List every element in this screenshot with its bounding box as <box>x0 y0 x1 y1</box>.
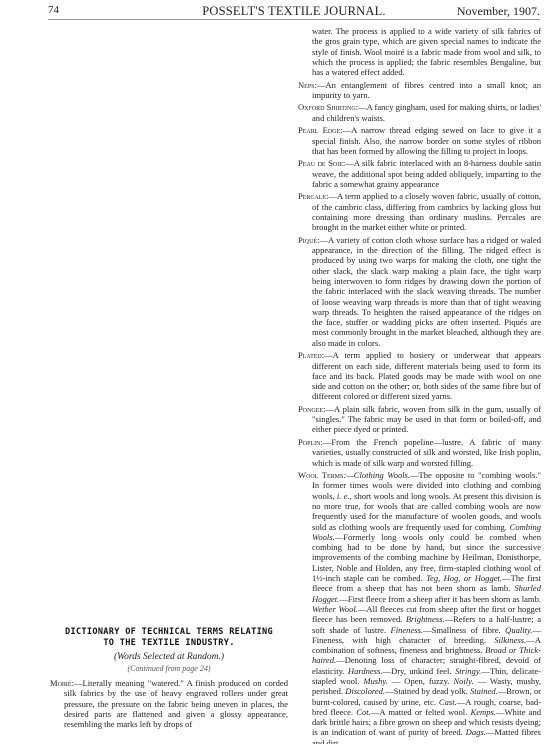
entry-term: Peau de Soie <box>298 158 343 168</box>
subterm: Teg, Hog, or Hogget. <box>426 573 502 583</box>
subterm: :—Clothing Wools. <box>343 470 410 480</box>
entry-percale: Percale:—A term applied to a closely wov… <box>298 191 541 232</box>
entry-term: Plated <box>298 350 322 360</box>
entry-neps: Neps:—An entanglement of fibres centred … <box>298 80 541 101</box>
entry-piqu-: Piqué:—A variety of cotton cloth whose s… <box>298 235 541 348</box>
entry-moir-: Moiré:—Literally meaning "watered." A fi… <box>50 678 288 729</box>
entry-pearl-edge: Pearl Edge:—A narrow thread edging sewed… <box>298 125 541 156</box>
entry-text: :—Clothing Wools.—The opposite to "combi… <box>312 470 541 744</box>
subterm: Noily. <box>453 676 473 686</box>
entry-term: Piqué <box>298 235 317 245</box>
subterm-text: —A matted or felted wool. <box>371 707 471 717</box>
entry-pongee: Pongee:—A plain silk fabric, woven from … <box>298 404 541 435</box>
entry-term: Wool Terms <box>298 470 343 480</box>
subterm: Kemps. <box>471 707 496 717</box>
entry-text: :—A term applied to hosiery or underwear… <box>312 350 541 401</box>
entry-wool-terms: Wool Terms:—Clothing Wools.—The opposite… <box>298 470 541 744</box>
subterm: Discolored. <box>345 686 385 696</box>
entry-term: Pongee <box>298 404 323 414</box>
left-entries: Moiré:—Literally meaning "watered." A fi… <box>50 678 288 729</box>
subterm: Wether Wool. <box>312 604 358 614</box>
entry-text: :—A narrow thread edging sewed on lace t… <box>312 125 541 156</box>
entry-poplin: Poplin:—From the French popeline—lustre.… <box>298 437 541 468</box>
entry-term: Oxford Shirting <box>298 102 356 112</box>
entry-peau-de-soie: Peau de Soie:—A silk fabric interlaced w… <box>298 158 541 189</box>
subterm: Stringy. <box>455 666 481 676</box>
entry-plated: Plated:—A term applied to hosiery or und… <box>298 350 541 401</box>
subterm: Hardness. <box>348 666 383 676</box>
entry-text: :—A silk fabric interlaced with an 8-har… <box>312 158 541 189</box>
subterm: Dags. <box>466 727 486 737</box>
entry-term: Neps <box>298 80 315 90</box>
header-rule <box>48 19 540 20</box>
continued-note: (Continued from page 24) <box>40 664 298 673</box>
subterm: Brightness. <box>406 614 445 624</box>
right-column: water. The process is applied to a wide … <box>298 26 541 744</box>
subterm-text: —Stained by dead yolk. <box>385 686 470 696</box>
entry-term: Poplin <box>298 437 320 447</box>
subterm: Silkiness. <box>494 635 526 645</box>
entry-text: :—A plain silk fabric, woven from silk i… <box>312 404 541 435</box>
page-header: 74 POSSELT'S TEXTILE JOURNAL. November, … <box>48 4 540 20</box>
subterm: Mushy. <box>363 676 387 686</box>
entry-term: Pearl Edge <box>298 125 340 135</box>
article-title: DICTIONARY OF TECHNICAL TERMS RELATING T… <box>40 627 298 648</box>
entry-text: :—A term applied to a closely woven fabr… <box>312 191 541 232</box>
subterm-text: —Smallness of fibre. <box>423 625 505 635</box>
right-entries: Neps:—An entanglement of fibres centred … <box>298 80 541 468</box>
entry-oxford-shirting: Oxford Shirting:—A fancy gingham, used f… <box>298 102 541 123</box>
moire-continuation: water. The process is applied to a wide … <box>298 26 541 77</box>
left-column: Moiré:—Literally meaning "watered." A fi… <box>50 678 288 732</box>
subterm-text: —Dry, unkind feel. <box>382 666 454 676</box>
subterm: i. e., <box>337 491 352 501</box>
entry-term: Moiré <box>50 678 72 688</box>
article-subtitle: (Words Selected at Random.) <box>40 652 298 662</box>
subterm: Cast. <box>439 697 457 707</box>
subterm-text: — Open, fuzzy. <box>388 676 454 686</box>
entry-text: :—Literally meaning "watered." A finish … <box>64 678 288 729</box>
subterm-text: —First fleece from a sheep after it has … <box>339 594 541 604</box>
subterm: Cot. <box>356 707 371 717</box>
entry-text: :—An entanglement of fibres centred into… <box>312 80 541 100</box>
article-title-line1: DICTIONARY OF TECHNICAL TERMS RELATING <box>40 627 298 638</box>
issue-date: November, 1907. <box>457 4 540 19</box>
subterm: Stained. <box>470 686 498 696</box>
article-title-line2: TO THE TEXTILE INDUSTRY. <box>40 638 298 649</box>
entry-text: :—A variety of cotton cloth whose surfac… <box>312 235 541 348</box>
entry-term: Percale <box>298 191 326 201</box>
entry-text: :—From the French popeline—lustre. A fab… <box>312 437 541 468</box>
subterm: Fineness. <box>391 625 424 635</box>
subterm: Quality. <box>505 625 532 635</box>
